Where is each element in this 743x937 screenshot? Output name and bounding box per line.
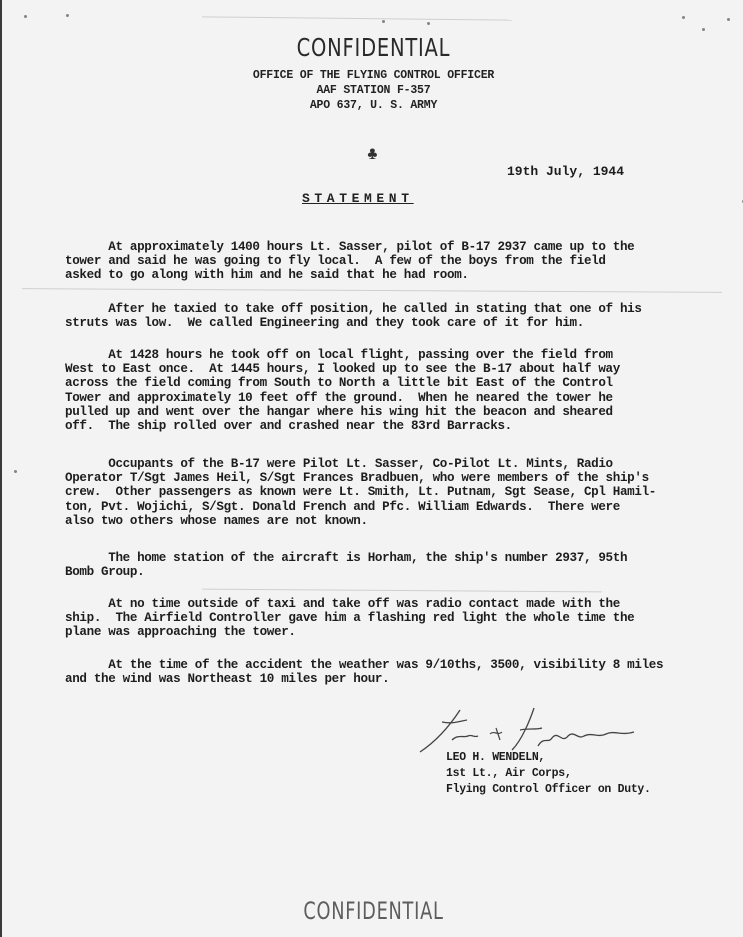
paragraph-home-station: The home station of the aircraft is Horh… xyxy=(65,551,695,579)
paragraph-crash: At 1428 hours he took off on local fligh… xyxy=(65,348,695,433)
paragraph-weather: At the time of the accident the weather … xyxy=(65,658,695,686)
scan-line xyxy=(202,589,602,593)
document-title: STATEMENT xyxy=(302,191,414,206)
signer-name: LEO H. WENDELN, xyxy=(446,751,545,764)
scan-line xyxy=(22,288,722,293)
header-station: AAF STATION F-357 xyxy=(2,84,743,97)
paragraph-taxi: After he taxied to take off position, he… xyxy=(65,302,695,330)
signer-role: Flying Control Officer on Duty. xyxy=(446,783,651,796)
header-office: OFFICE OF THE FLYING CONTROL OFFICER xyxy=(2,69,743,82)
paragraph-occupants: Occupants of the B-17 were Pilot Lt. Sas… xyxy=(65,457,695,528)
confidential-stamp-top: CONFIDENTIAL xyxy=(84,33,664,62)
document-date: 19th July, 1944 xyxy=(507,164,624,179)
ink-mark-icon: ♣ xyxy=(367,145,378,165)
paragraph-radio-contact: At no time outside of taxi and take off … xyxy=(65,597,695,640)
scan-line xyxy=(202,16,512,20)
confidential-stamp-bottom: CONFIDENTIAL xyxy=(99,897,649,925)
signer-rank: 1st Lt., Air Corps, xyxy=(446,767,571,780)
document-page: CONFIDENTIAL OFFICE OF THE FLYING CONTRO… xyxy=(0,0,743,937)
header-apo: APO 637, U. S. ARMY xyxy=(2,99,743,112)
signature-block: LEO H. WENDELN, 1st Lt., Air Corps, Flyi… xyxy=(446,750,651,798)
paragraph-arrival: At approximately 1400 hours Lt. Sasser, … xyxy=(65,240,695,283)
